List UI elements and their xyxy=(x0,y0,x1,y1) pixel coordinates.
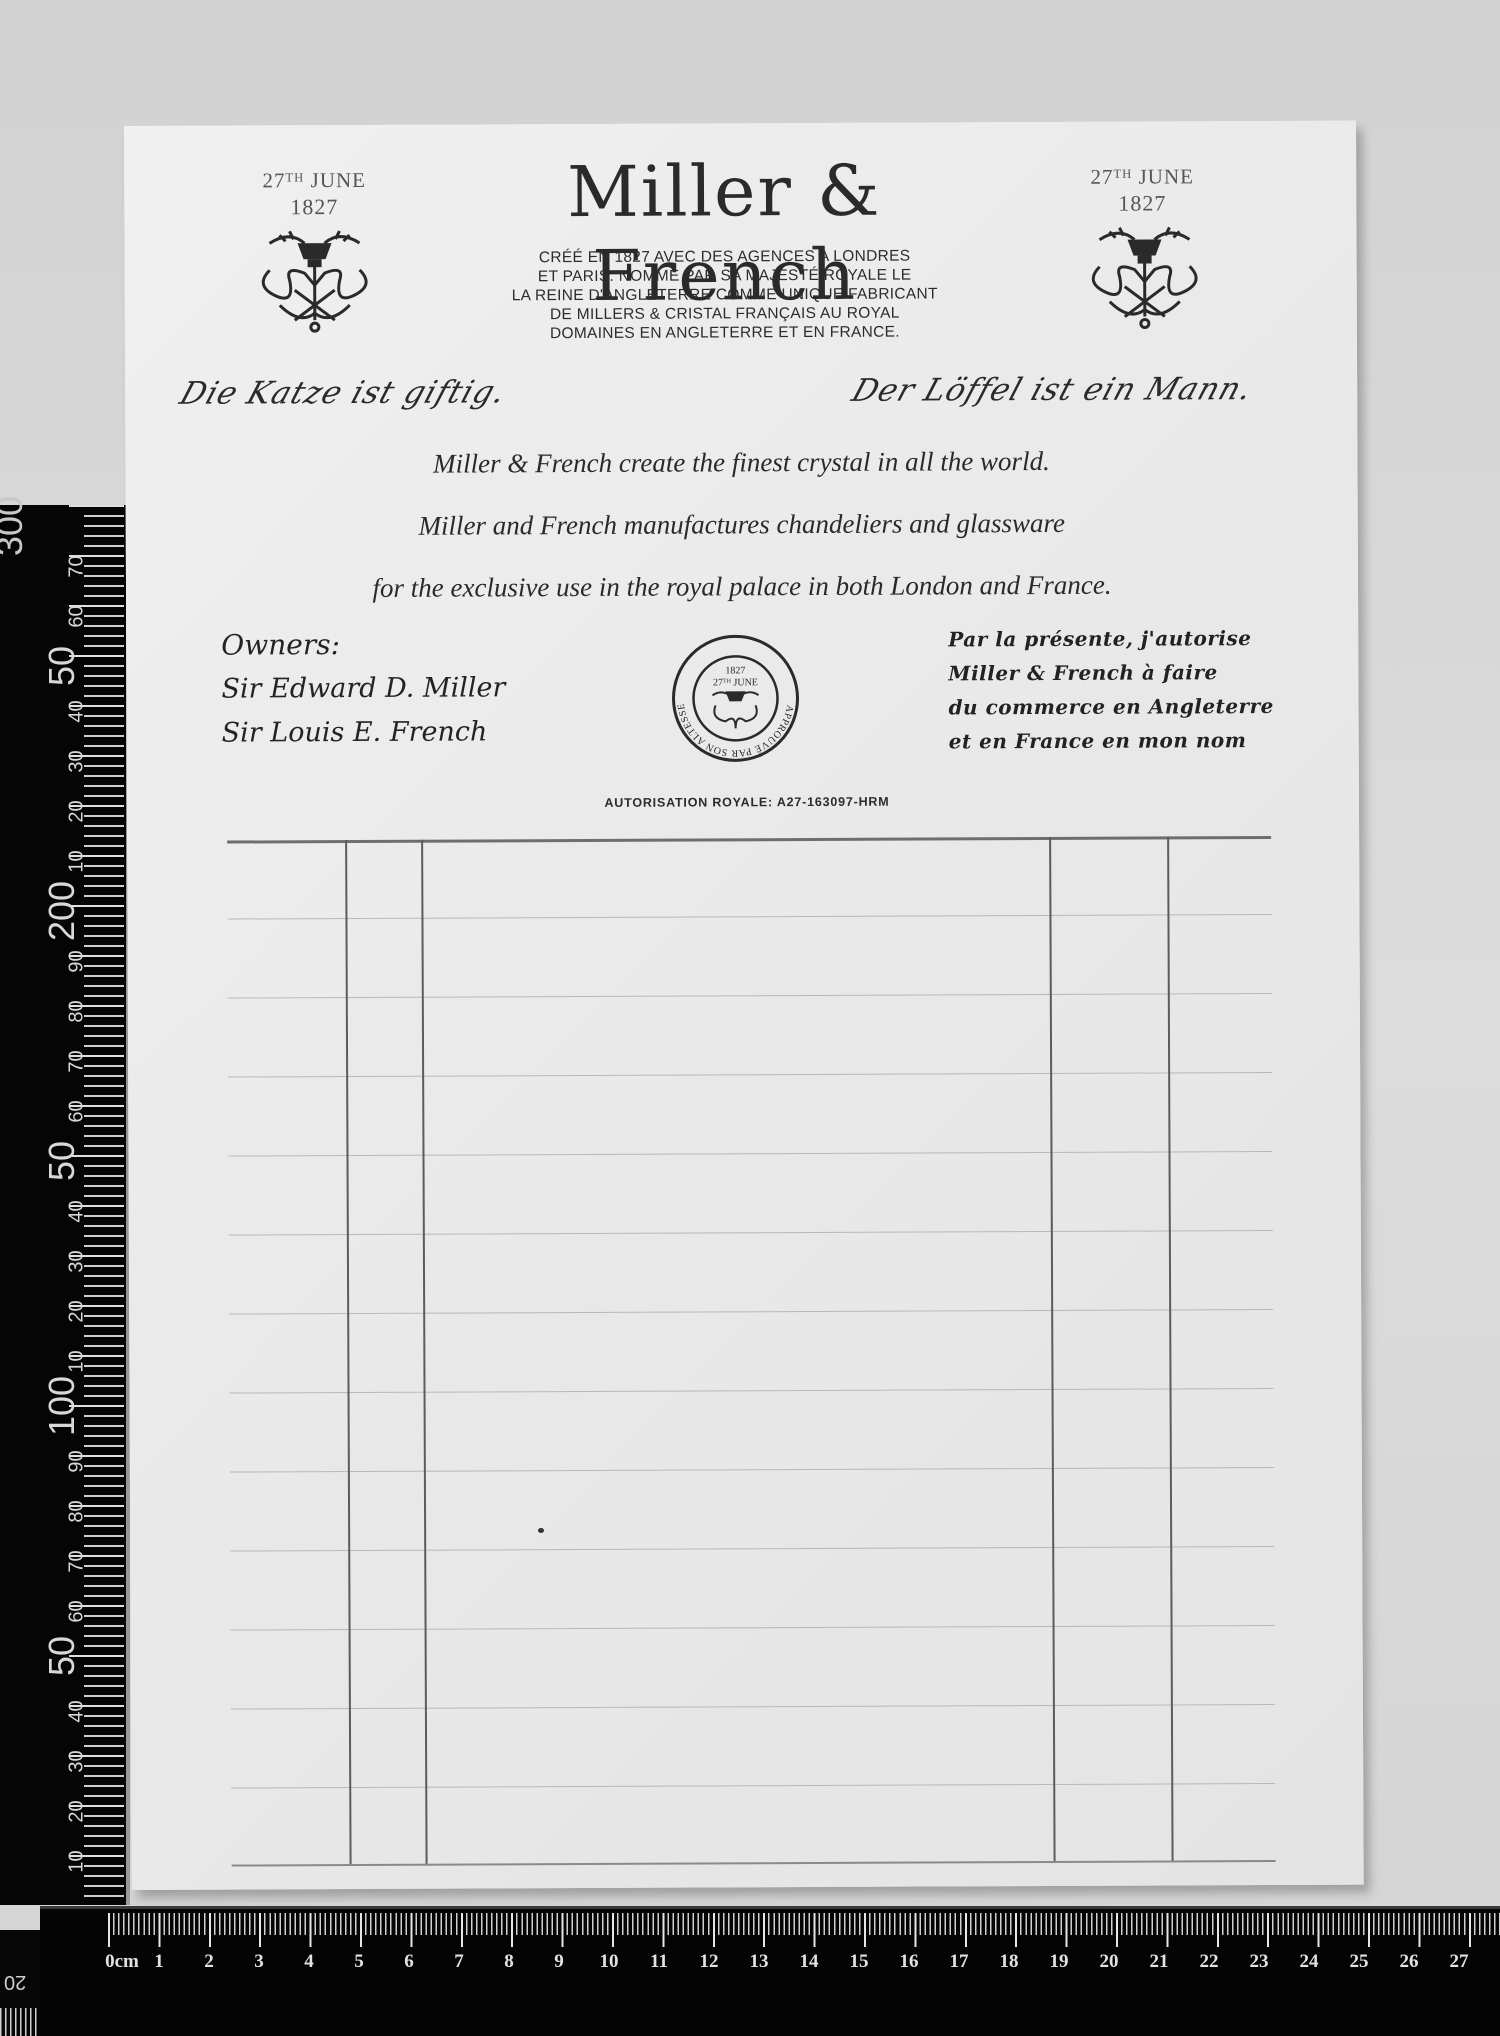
date-stamp-left: 27ᵀᴴ JUNE 1827 xyxy=(234,167,394,222)
ruler-label: 1 xyxy=(154,1951,164,1973)
seal-year: 1827 xyxy=(725,665,745,676)
kurrent-script-left: Die Katze ist giftig. xyxy=(175,374,511,411)
ruler-label: 20 xyxy=(1100,1951,1119,1973)
ruler-label: 17 xyxy=(950,1951,969,1973)
ledger-row-line xyxy=(231,1783,1275,1789)
ruler-label: 6 xyxy=(404,1951,414,1973)
tagline-line: Miller & French create the finest crysta… xyxy=(125,445,1357,481)
ruler-corner-label: 20 xyxy=(4,1970,26,1993)
ruler-label: 10 xyxy=(600,1951,619,1973)
description-line: DOMAINES EN ANGLETERRE ET EN FRANCE. xyxy=(465,322,985,343)
decree-line: Miller & French à faire xyxy=(948,655,1273,690)
ruler-label: 8 xyxy=(504,1951,514,1973)
owners-heading: Owners: xyxy=(221,622,505,667)
company-description: CRÉÉ EN 1827 AVEC DES AGENCES A LONDRES … xyxy=(465,246,985,343)
ledger-column-divider xyxy=(1049,837,1055,1863)
ruler-label: 24 xyxy=(1300,1951,1319,1973)
royal-authorization-number: AUTORISATION ROYALE: A27-163097-HRM xyxy=(487,794,1007,810)
ruler-label: 20 xyxy=(66,787,89,837)
owner-name: Sir Louis E. French xyxy=(222,710,506,755)
ruler-label: 2 xyxy=(204,1951,214,1973)
ruler-label: 27 xyxy=(1450,1951,1469,1973)
tagline-line: Miller and French manufactures chandelie… xyxy=(126,507,1358,543)
ledger-row-line xyxy=(228,993,1272,999)
date-year: 1827 xyxy=(234,193,394,222)
ruler-label: 40 xyxy=(66,687,89,737)
ruler-label: 80 xyxy=(66,1487,89,1537)
ruler-labels: 0cm 1 2 3 4 5 6 7 8 9 10 11 12 13 14 15 … xyxy=(40,1951,1500,1981)
ornamental-crest-icon xyxy=(249,225,379,336)
ruler-label: 9 xyxy=(554,1951,564,1973)
ruler-label: 300 xyxy=(0,486,31,566)
ledger-row-line xyxy=(230,1388,1274,1394)
ruler-label: 4 xyxy=(304,1951,314,1973)
ruler-label: 23 xyxy=(1250,1951,1269,1973)
decree-line: Par la présente, j'autorise xyxy=(948,621,1273,656)
ruler-label: 40 xyxy=(66,1187,89,1237)
kurrent-script-right: Der Löffel ist ein Mann. xyxy=(847,371,1257,409)
ornamental-crest-icon xyxy=(1079,221,1209,332)
ledger-row-line xyxy=(228,1072,1272,1078)
ruler-label: 19 xyxy=(1050,1951,1069,1973)
ledger-row-line xyxy=(227,914,1271,920)
decree-line: du commerce en Angleterre xyxy=(948,689,1273,724)
ledger-table xyxy=(227,836,1275,1867)
decree-line: et en France en mon nom xyxy=(949,723,1274,758)
ruler-label: 3 xyxy=(254,1951,264,1973)
royal-seal-icon: APPROUVÉ PAR SON ALTESSE ROYALE LA REINE… xyxy=(670,633,801,764)
ledger-row-line xyxy=(231,1704,1275,1710)
date-day: 27ᵀᴴ JUNE xyxy=(1062,163,1222,190)
ruler-label: 14 xyxy=(800,1951,819,1973)
ruler-label: 25 xyxy=(1350,1951,1369,1973)
ledger-row-line xyxy=(229,1230,1273,1236)
ledger-column-divider xyxy=(421,840,427,1866)
ledger-column-divider xyxy=(345,840,351,1866)
description-line: CRÉÉ EN 1827 AVEC DES AGENCES A LONDRES xyxy=(465,246,985,267)
ruler-label: 15 xyxy=(850,1951,869,1973)
ledger-row-line xyxy=(230,1546,1274,1552)
ruler-label: 80 xyxy=(66,987,89,1037)
ledger-row-line xyxy=(228,1151,1272,1157)
ruler-label: 7 xyxy=(454,1951,464,1973)
ruler-label: 100 xyxy=(41,1366,83,1446)
ruler-label: 26 xyxy=(1400,1951,1419,1973)
ruler-label: 16 xyxy=(900,1951,919,1973)
ruler-label: 70 xyxy=(66,542,89,592)
date-day: 27ᵀᴴ JUNE xyxy=(234,167,394,194)
ruler-label: 13 xyxy=(750,1951,769,1973)
description-line: DE MILLERS & CRISTAL FRANÇAIS AU ROYAL xyxy=(465,303,985,324)
ruler-label: 18 xyxy=(1000,1951,1019,1973)
seal-date: 27ᵀᴴ JUNE xyxy=(713,677,758,688)
ruler-label: 40 xyxy=(66,1687,89,1737)
ledger-row-line xyxy=(230,1467,1274,1473)
description-line: LA REINE D'ANGLETERRE COMME UNIQUE FABRI… xyxy=(465,284,985,305)
vertical-ruler: 300 70 60 50 40 30 20 10 200 90 80 70 60… xyxy=(0,505,130,1905)
ruler-label: 30 xyxy=(66,737,89,787)
ledger-column-divider xyxy=(1167,836,1173,1862)
ruler-major-ticks xyxy=(108,1913,1500,1947)
horizontal-ruler: 0cm 1 2 3 4 5 6 7 8 9 10 11 12 13 14 15 … xyxy=(40,1906,1500,2036)
ruler-label: 90 xyxy=(66,937,89,987)
ruler-label: 21 xyxy=(1150,1951,1169,1973)
ruler-label: 20 xyxy=(66,1787,89,1837)
paper-speck xyxy=(538,1528,544,1533)
ruler-label: 30 xyxy=(66,1737,89,1787)
ledger-row-line xyxy=(229,1309,1273,1315)
date-year: 1827 xyxy=(1062,189,1222,218)
owner-name: Sir Edward D. Miller xyxy=(221,666,505,711)
tagline-line: for the exclusive use in the royal palac… xyxy=(126,569,1358,605)
ruler-label: 12 xyxy=(700,1951,719,1973)
ruler-label: 10 xyxy=(66,1837,89,1887)
ruler-label: 90 xyxy=(66,1437,89,1487)
ruler-label: 11 xyxy=(650,1951,668,1973)
date-stamp-right: 27ᵀᴴ JUNE 1827 xyxy=(1062,163,1222,218)
ruler-label: 20 xyxy=(66,1287,89,1337)
ledger-row-line xyxy=(231,1625,1275,1631)
ruler-label: 5 xyxy=(354,1951,364,1973)
ruler-label: 70 xyxy=(66,1037,89,1087)
ruler-label: 70 xyxy=(66,1537,89,1587)
letterhead-paper: 27ᵀᴴ JUNE 1827 27ᵀᴴ JUNE 1827 xyxy=(124,121,1364,1890)
ruler-label: 30 xyxy=(66,1237,89,1287)
ruler-corner-ticks xyxy=(0,2008,38,2036)
ruler-unit-label: 0cm xyxy=(105,1951,139,1973)
ruler-label: 22 xyxy=(1200,1951,1219,1973)
ruler-label: 50 xyxy=(41,1616,83,1696)
description-line: ET PARIS. NOMMÉ PAR SA MAJESTÉ ROYALE LE xyxy=(465,265,985,286)
royal-decree: Par la présente, j'autorise Miller & Fre… xyxy=(948,621,1274,758)
owners-block: Owners: Sir Edward D. Miller Sir Louis E… xyxy=(221,622,505,755)
